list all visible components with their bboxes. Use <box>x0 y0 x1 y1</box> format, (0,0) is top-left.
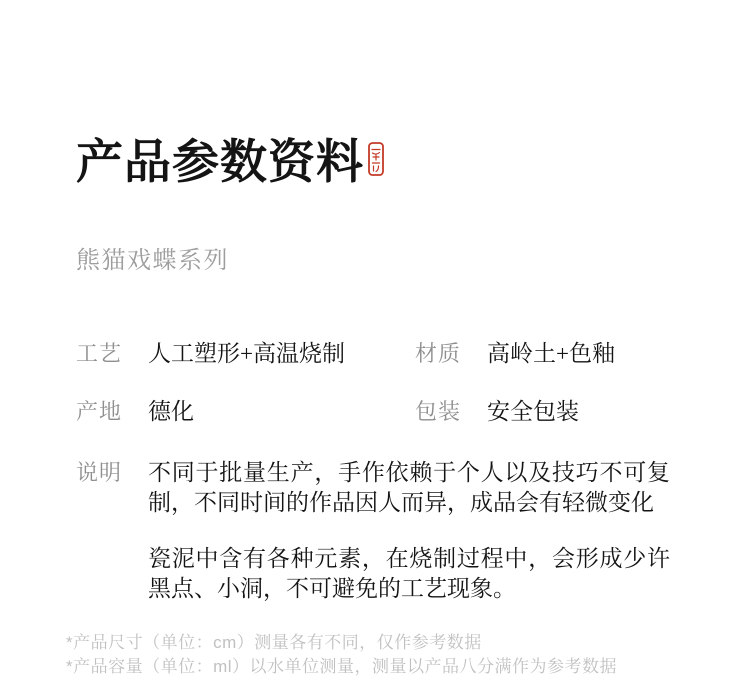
param-row-craft: 工艺 人工塑形+高温烧制 <box>76 339 415 369</box>
page-title-text: 产品参数资料 <box>76 136 364 190</box>
param-row-origin: 产地 德化 <box>76 397 415 427</box>
param-value-origin: 德化 <box>148 397 194 427</box>
description-section: 说明 不同于批量生产，手作依赖于个人以及技巧不可复制，不同时间的作品因人而异，成… <box>76 458 750 604</box>
page-title: 产品参数资料 <box>76 136 750 190</box>
description-label: 说明 <box>76 458 148 488</box>
description-paragraph-2: 瓷泥中含有各种元素，在烧制过程中，会形成少许黑点、小洞，不可避免的工艺现象。 <box>148 544 670 604</box>
param-row-packaging: 包装 安全包装 <box>415 397 750 427</box>
param-value-craft: 人工塑形+高温烧制 <box>148 339 345 369</box>
description-text: 不同于批量生产，手作依赖于个人以及技巧不可复制，不同时间的作品因人而异，成品会有… <box>148 458 670 604</box>
footnote-size: *产品尺寸（单位：cm）测量各有不同，仅作参考数据 <box>66 631 617 655</box>
footnotes: *产品尺寸（单位：cm）测量各有不同，仅作参考数据 *产品容量（单位：ml）以水… <box>66 631 617 679</box>
param-label-packaging: 包装 <box>415 397 487 427</box>
param-label-craft: 工艺 <box>76 339 148 369</box>
param-value-material: 高岭土+色釉 <box>487 339 615 369</box>
footnote-capacity: *产品容量（单位：ml）以水单位测量，测量以产品八分满作为参考数据 <box>66 655 617 679</box>
param-label-origin: 产地 <box>76 397 148 427</box>
param-value-packaging: 安全包装 <box>487 397 579 427</box>
seal-stamp-icon <box>368 142 384 176</box>
product-parameters-panel: 产品参数资料 熊猫戏蝶系列 工艺 人工塑形+高温烧制 材质 高岭土+色釉 产地 … <box>0 0 750 699</box>
param-grid: 工艺 人工塑形+高温烧制 材质 高岭土+色釉 产地 德化 包装 安全包装 <box>76 339 750 427</box>
param-row-material: 材质 高岭土+色釉 <box>415 339 750 369</box>
description-paragraph-1: 不同于批量生产，手作依赖于个人以及技巧不可复制，不同时间的作品因人而异，成品会有… <box>148 458 670 518</box>
series-name: 熊猫戏蝶系列 <box>76 247 750 275</box>
param-label-material: 材质 <box>415 339 487 369</box>
